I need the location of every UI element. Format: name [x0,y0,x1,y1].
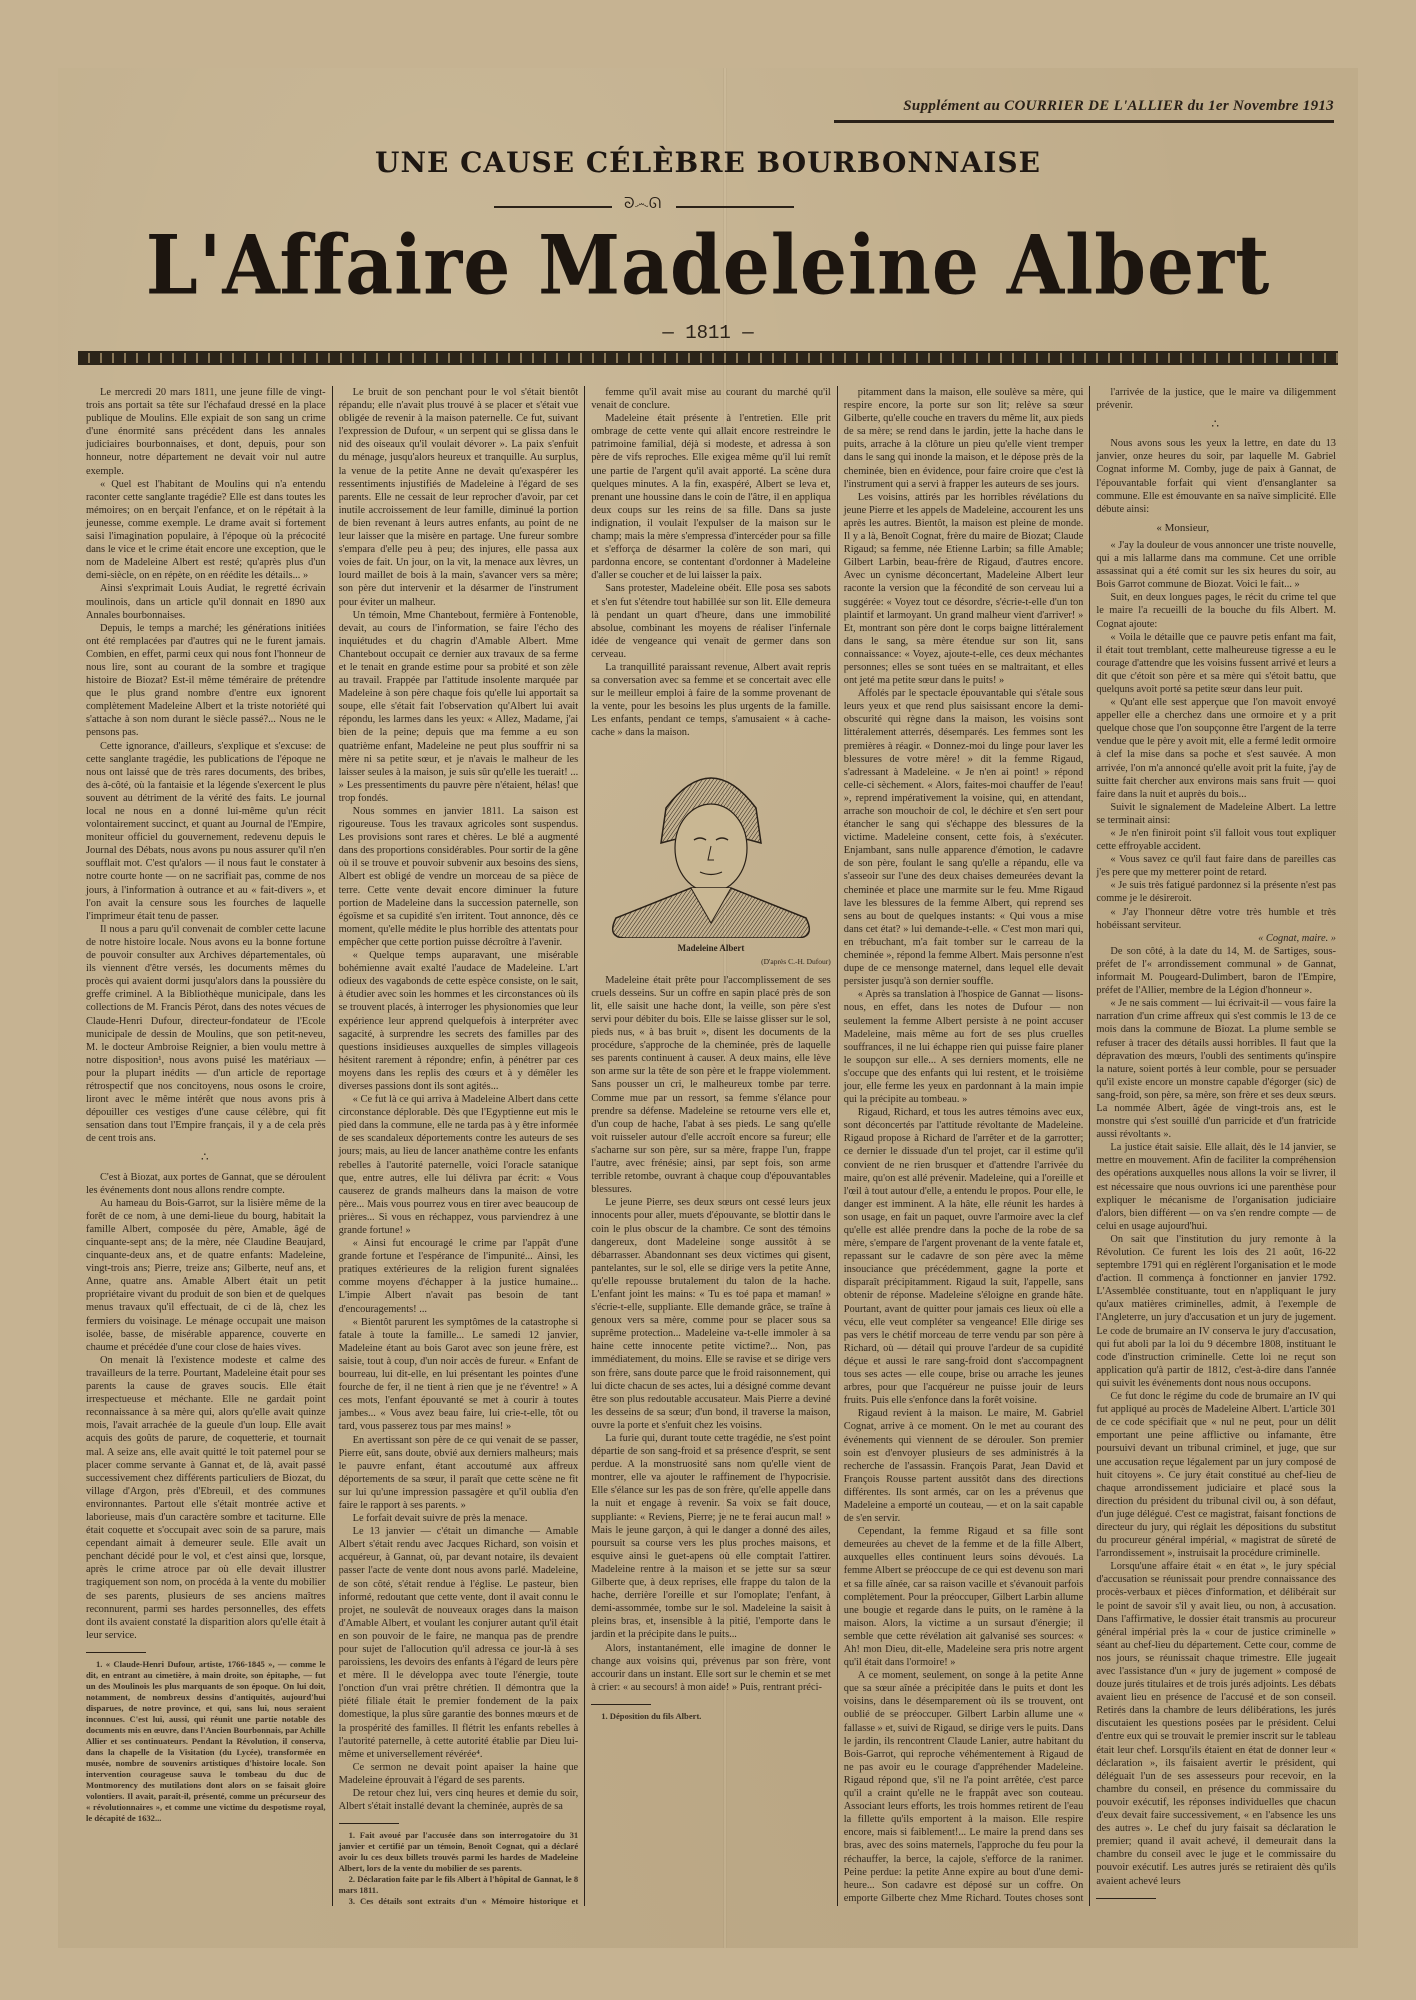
footnotes: 1. Lettre publiée dans le Bulletin de l'… [1096,1905,1336,1906]
column-1: Le mercredi 20 mars 1811, une jeune fill… [80,386,333,1906]
paragraph: « Vous savez ce qu'il faut faire dans de… [1096,853,1336,879]
decorative-border [78,351,1338,365]
portrait-engraving-icon [596,748,826,938]
paragraph: C'est à Biozat, aux portes de Gannat, qu… [86,1171,326,1197]
footnotes: 1. Fait avoué par l'accusée dans son int… [339,1830,579,1906]
paragraph: Le forfait devait suivre de près la mena… [339,1512,579,1525]
paragraph: « Voila le détaille que ce pauvre petis … [1096,631,1336,696]
paragraph: Le jeune Pierre, ses deux sœurs ont cess… [591,1196,831,1432]
paragraph: Depuis, le temps a marché; les génératio… [86,622,326,740]
paragraph: « J'ay l'honneur dêtre votre très humble… [1096,906,1336,932]
portrait-credit: (D'après C.-H. Dufour) [591,955,831,968]
footnote: 2. Déclaration faite par le fils Albert … [339,1874,579,1896]
paragraph: Ainsi s'exprimait Louis Audiat, le regre… [86,582,326,621]
paragraph: Il nous a paru qu'il convenait de comble… [86,923,326,1146]
paragraph: Cette ignorance, d'ailleurs, s'explique … [86,740,326,923]
footnote: 1. Fait avoué par l'accusée dans son int… [339,1830,579,1874]
paragraph: l'arrivée de la justice, que le maire va… [1096,386,1336,412]
letter-salutation: « Monsieur, [1156,522,1336,535]
paragraph: La tranquillité paraissant revenue, Albe… [591,661,831,740]
paragraph: Madeleine était présente à l'entretien. … [591,412,831,582]
paragraph: On menait là l'existence modeste et calm… [86,1354,326,1642]
paragraph: A ce moment, seulement, on songe à la pe… [844,1669,1084,1906]
letter-signature: « Cognat, maire. » [1096,932,1336,945]
year-subtitle: — 1811 — [58,322,1358,344]
section-break-icon: ∴ [1096,418,1336,431]
paragraph: « Quelque temps auparavant, une misérabl… [339,949,579,1093]
column-2: Le bruit de son penchant pour le vol s'é… [333,386,586,1906]
footnotes: 1. « Claude-Henri Dufour, artiste, 1766-… [86,1659,326,1824]
paragraph: « Je suis très fatigué pardonnez si la p… [1096,879,1336,905]
paragraph: « Qu'ant elle sest apperçue que l'on mav… [1096,696,1336,801]
paragraph: Ce sermon ne devait point apaiser la hai… [339,1761,579,1787]
portrait-caption: Madeleine Albert [591,942,831,955]
paragraph: Suit, en deux longues pages, le récit du… [1096,591,1336,630]
paragraph: Cependant, la femme Rigaud et sa fille s… [844,1525,1084,1669]
paragraph: En avertissant son père de ce qui venait… [339,1434,579,1513]
column-4: pitamment dans la maison, elle soulève s… [838,386,1091,1906]
footnote-rule [339,1823,399,1824]
paragraph: Le mercredi 20 mars 1811, une jeune fill… [86,386,326,478]
paragraph: La justice était saisie. Elle allait, dè… [1096,1141,1336,1233]
paragraph: « Ainsi fut encouragé le crime par l'app… [339,1237,579,1316]
paragraph: Le bruit de son penchant pour le vol s'é… [339,386,579,609]
supplement-line: Supplément au COURRIER DE L'ALLIER du 1e… [903,98,1334,115]
column-3: femme qu'il avait mise au courant du mar… [585,386,838,1906]
footnote: 1. « Claude-Henri Dufour, artiste, 1766-… [86,1659,326,1824]
paragraph: Rigaud revient à la maison. Le maire, M.… [844,1407,1084,1525]
section-break-icon: ∴ [86,1151,326,1164]
footnote: 1. Lettre publiée dans le Bulletin de l'… [1096,1905,1336,1906]
kicker-heading: UNE CAUSE CÉLÈBRE BOURBONNAISE [58,146,1358,179]
paragraph: Au hameau du Bois-Garrot, sur la lisière… [86,1197,326,1354]
newspaper-page: Supplément au COURRIER DE L'ALLIER du 1e… [58,68,1358,1948]
footnote: 1. Déposition du fils Albert. [591,1711,831,1722]
paragraph: « J'ay la douleur de vous annoncer une t… [1096,539,1336,591]
column-5: l'arrivée de la justice, que le maire va… [1090,386,1342,1906]
portrait-illustration [596,748,826,938]
paragraph: Un témoin, Mme Chantebout, fermière à Fo… [339,609,579,805]
footnote: 3. Ces détails sont extraits d'un « Mémo… [339,1896,579,1906]
paragraph: « Je n'en finiroit point s'il falloit vo… [1096,827,1336,853]
paragraph: « Après sa translation à l'hospice de Ga… [844,988,1084,1106]
paragraph: « Bientôt parurent les symptômes de la c… [339,1316,579,1434]
paragraph: « Je ne sais comment — lui écrivait-il —… [1096,997,1336,1141]
paragraph: Lorsqu'une affaire était « en état », le… [1096,1560,1336,1887]
paragraph: Alors, instantanément, elle imagine de d… [591,1642,831,1694]
paragraph: Nous sommes en janvier 1811. La saison e… [339,805,579,949]
paragraph: Madeleine était prête pour l'accomplisse… [591,974,831,1197]
paragraph: Sans protester, Madeleine obéit. Elle po… [591,582,831,661]
article-columns: Le mercredi 20 mars 1811, une jeune fill… [80,386,1342,1906]
ornament-divider: ᘐ෴ᘏ [494,201,794,211]
supplement-rule [834,120,1334,123]
paragraph: Ce fut donc le régime du code de brumair… [1096,1390,1336,1560]
paragraph: « Ce fut là ce qui arriva à Madeleine Al… [339,1093,579,1237]
footnote-rule [1096,1898,1156,1899]
paragraph: Affolés par le spectacle épouvantable qu… [844,687,1084,988]
paragraph: La furie qui, durant toute cette tragédi… [591,1432,831,1642]
ornament-glyph-icon: ᘐ෴ᘏ [624,195,661,213]
paragraph: On sait que l'institution du jury remont… [1096,1233,1336,1390]
paragraph: « Quel est l'habitant de Moulins qui n'a… [86,478,326,583]
footnote-rule [591,1704,651,1705]
paragraph: Les voisins, attirés par les horribles r… [844,491,1084,687]
paragraph: Suivit le signalement de Madeleine Alber… [1096,801,1336,827]
footnote-rule [86,1652,146,1653]
footnotes: 1. Déposition du fils Albert. [591,1711,831,1722]
paragraph: Rigaud, Richard, et tous les autres témo… [844,1106,1084,1407]
paragraph: De son côté, à la date du 14, M. de Sart… [1096,945,1336,997]
page-title: L'Affaire Madeleine Albert [58,219,1358,314]
paragraph: femme qu'il avait mise au courant du mar… [591,386,831,412]
paragraph: Nous avons sous les yeux la lettre, en d… [1096,437,1336,516]
paragraph: De retour chez lui, vers cinq heures et … [339,1787,579,1813]
paragraph: pitamment dans la maison, elle soulève s… [844,386,1084,491]
paragraph: Le 13 janvier — c'était un dimanche — Am… [339,1525,579,1761]
